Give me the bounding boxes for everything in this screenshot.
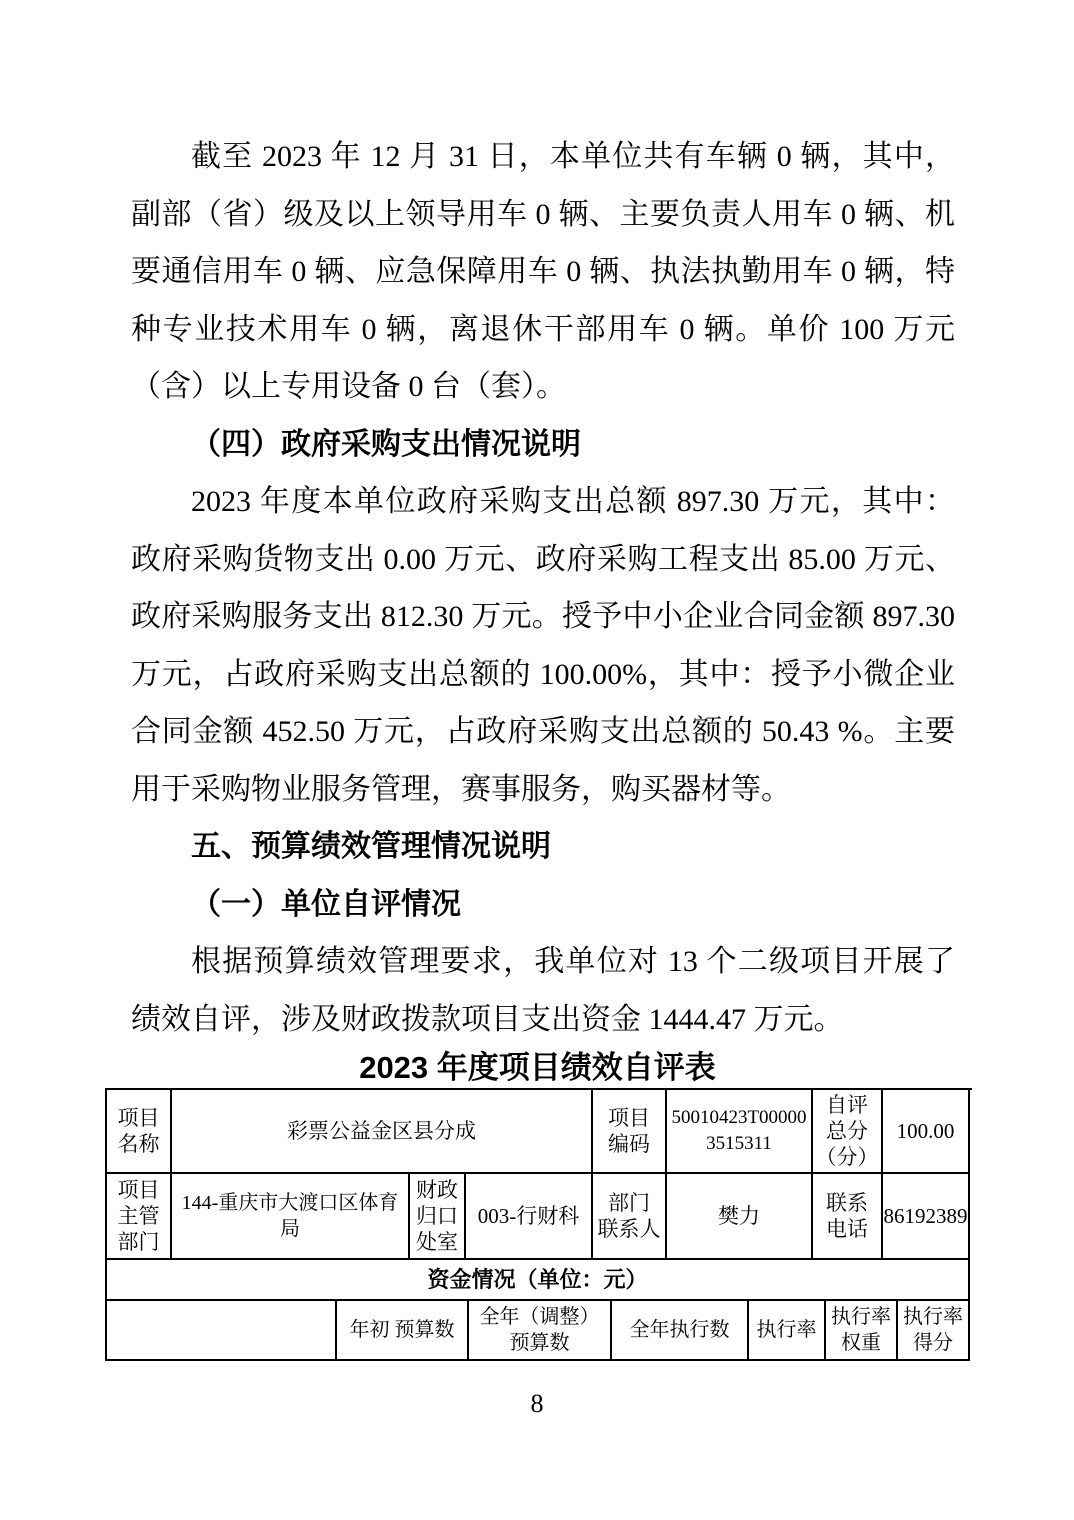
cell-funds-header: 资金情况（单位：元） [107, 1260, 970, 1301]
document-page: 截至 2023 年 12 月 31 日，本单位共有车辆 0 辆，其中，副部（省）… [0, 0, 1074, 1520]
paragraph-vehicles: 截至 2023 年 12 月 31 日，本单位共有车辆 0 辆，其中，副部（省）… [131, 128, 955, 416]
cell-project-code-value: 50010423T00000 3515311 [667, 1090, 813, 1174]
cell-finance-office-value: 003-行财科 [466, 1174, 593, 1260]
performance-self-evaluation-table: 项目 名称 彩票公益金区县分成 项目 编码 50010423T00000 351… [105, 1088, 972, 1361]
cell-self-score-value: 100.00 [883, 1090, 970, 1174]
cell-dept-value: 144-重庆市大渡口区体育局 [172, 1174, 410, 1260]
cell-phone-value: 86192389 [883, 1174, 970, 1260]
cell-project-code-label: 项目 编码 [593, 1090, 667, 1174]
cell-dept-label: 项目 主管 部门 [107, 1174, 172, 1260]
heading-section-4: （四）政府采购支出情况说明 [131, 416, 955, 474]
cell-column-adjusted-budget: 全年（调整）预算数 [469, 1301, 612, 1361]
cell-project-name-label: 项目 名称 [107, 1090, 172, 1174]
cell-column-execution-rate: 执行率 [749, 1301, 826, 1361]
cell-column-initial-budget: 年初 预算数 [337, 1301, 469, 1361]
page-number: 8 [0, 1388, 1074, 1420]
paragraph-procurement: 2023 年度本单位政府采购支出总额 897.30 万元，其中：政府采购货物支出… [131, 473, 955, 818]
cell-column-rate-weight: 执行率 权重 [826, 1301, 898, 1361]
document-content: 截至 2023 年 12 月 31 日，本单位共有车辆 0 辆，其中，副部（省）… [131, 0, 955, 1361]
cell-phone-label: 联系 电话 [813, 1174, 883, 1260]
table-row-funds-header: 资金情况（单位：元） [107, 1260, 972, 1301]
paragraph-self-evaluation: 根据预算绩效管理要求，我单位对 13 个二级项目开展了绩效自评，涉及财政拨款项目… [131, 933, 955, 1048]
cell-finance-office-label: 财政 归口 处室 [410, 1174, 466, 1260]
cell-column-rate-score: 执行率 得分 [898, 1301, 970, 1361]
cell-project-name-value: 彩票公益金区县分成 [172, 1090, 593, 1174]
cell-self-score-label: 自评 总分 （分） [813, 1090, 883, 1174]
table-row-column-headers: 年初 预算数 全年（调整）预算数 全年执行数 执行率 执行率 权重 执行率 得分 [107, 1301, 972, 1361]
cell-contact-value: 樊力 [667, 1174, 813, 1260]
cell-column-annual-execution: 全年执行数 [612, 1301, 749, 1361]
heading-section-5-1: （一）单位自评情况 [131, 876, 955, 934]
table-title: 2023 年度项目绩效自评表 [105, 1048, 970, 1088]
cell-column-blank [107, 1301, 337, 1361]
cell-contact-label: 部门 联系人 [593, 1174, 667, 1260]
table-row-project: 项目 名称 彩票公益金区县分成 项目 编码 50010423T00000 351… [107, 1090, 972, 1174]
table-row-department: 项目 主管 部门 144-重庆市大渡口区体育局 财政 归口 处室 003-行财科… [107, 1174, 972, 1260]
heading-section-5: 五、预算绩效管理情况说明 [131, 818, 955, 876]
